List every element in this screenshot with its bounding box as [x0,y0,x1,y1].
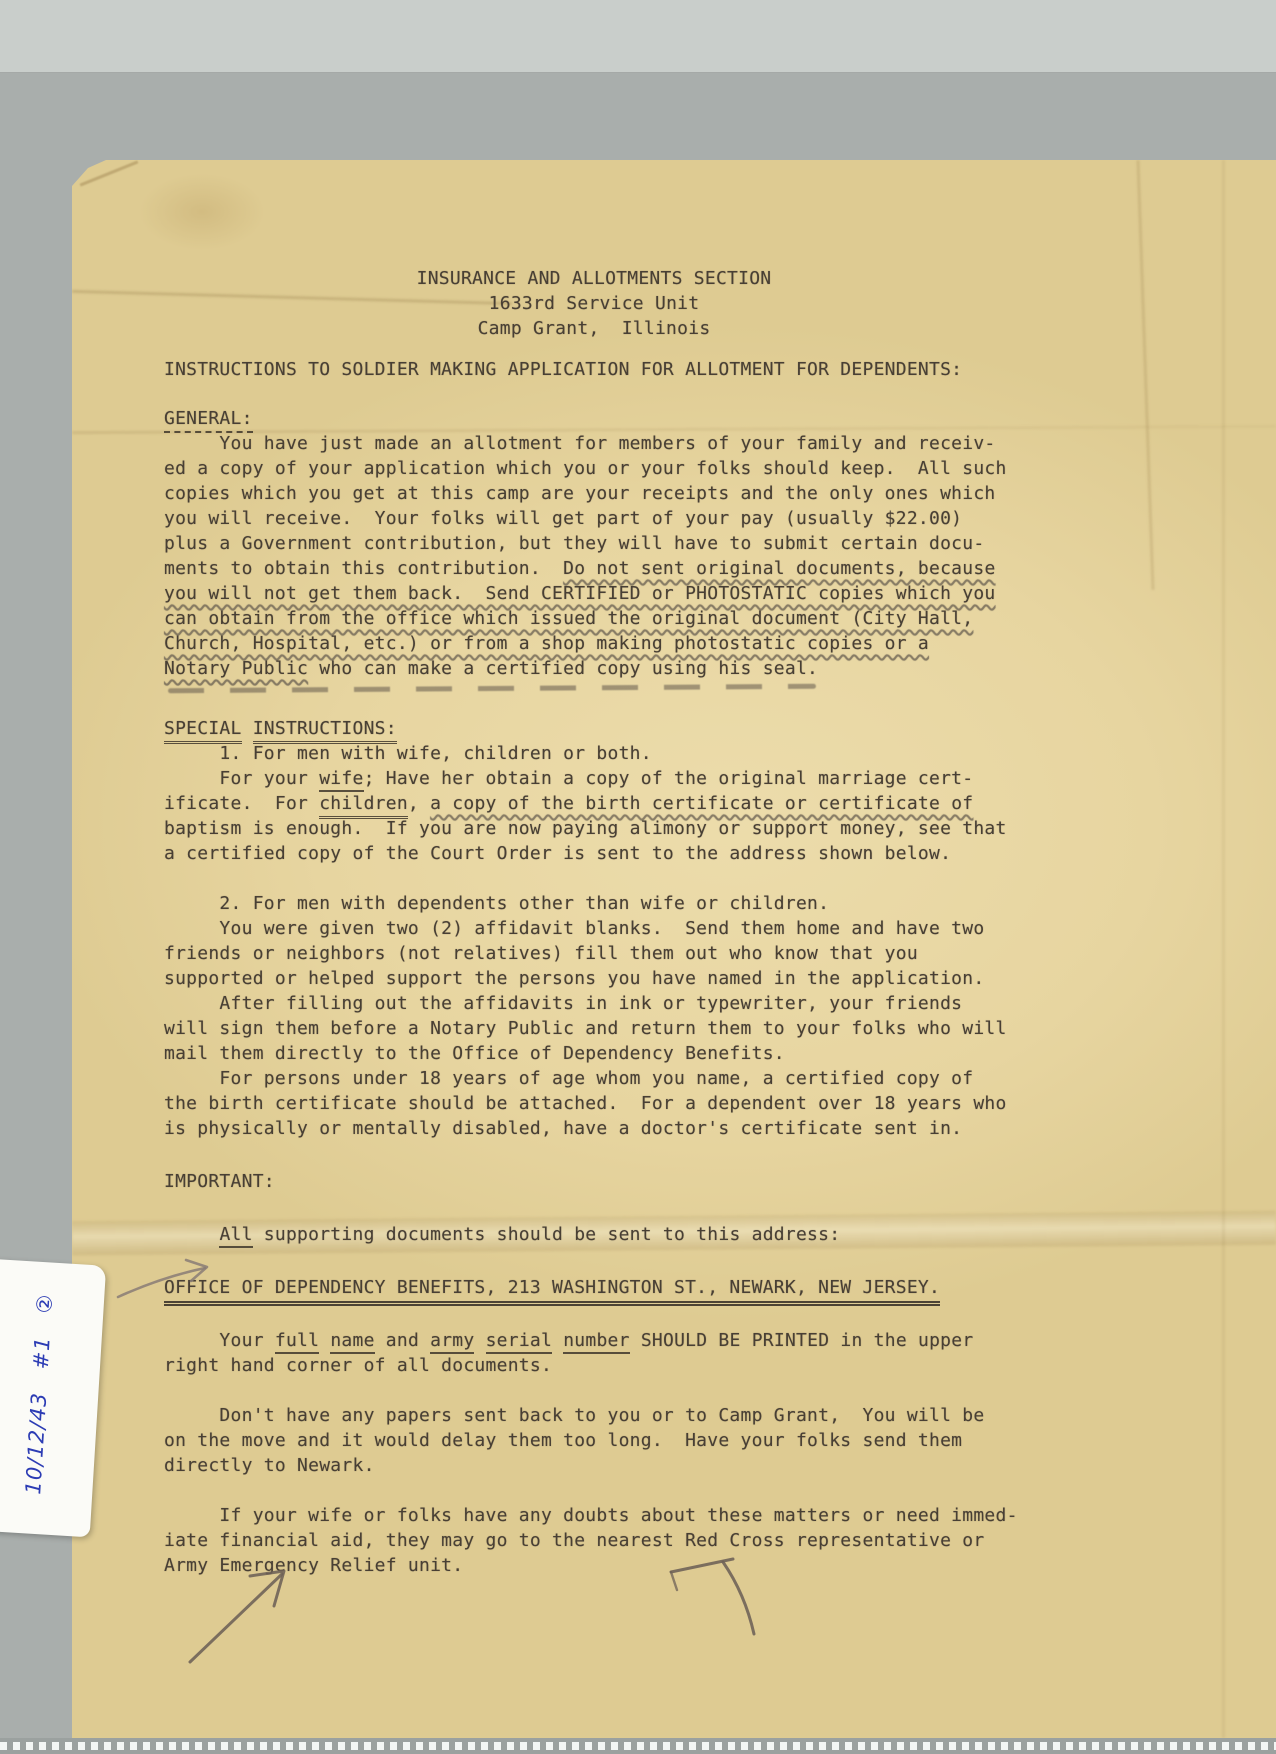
typed-text: ments to obtain this contribution. [164,558,563,579]
typed-underlined-text: serial [486,1330,553,1354]
document-line: GENERAL: [164,406,1024,431]
pencil-arrow-bottom-right [657,1552,772,1642]
document-line: For your wife; Have her obtain a copy of… [164,766,1024,791]
typed-text: iate financial aid, they may go to the n… [164,1530,984,1551]
document-line: Camp Grant, Illinois [164,316,1024,341]
typed-text: IMPORTANT: [164,1171,275,1192]
document-line: ments to obtain this contribution. Do no… [164,556,1024,581]
document-lines: INSURANCE AND ALLOTMENTS SECTION1633rd S… [72,160,1276,1578]
typed-text: on the move and it would delay them too … [164,1430,962,1451]
document-line: For persons under 18 years of age whom y… [164,1066,1024,1091]
document-line: a certified copy of the Court Order is s… [164,841,1024,866]
document-line: 1. For men with wife, children or both. [164,741,1024,766]
typed-text: For persons under 18 years of age whom y… [164,1068,973,1089]
typed-text: SHOULD BE PRINTED in the upper [630,1330,974,1351]
binding-holes-strip [0,1738,1276,1754]
typed-text: a certified copy of the Court Order is s… [164,843,951,864]
document-line: supported or helped support the persons … [164,966,1024,991]
typed-text: 1633rd Service Unit [489,293,700,314]
typed-text: is physically or mentally disabled, have… [164,1118,962,1139]
document-line: the birth certificate should be attached… [164,1091,1024,1116]
document-line: ificate. For children, a copy of the bir… [164,791,1024,816]
typed-text: right hand corner of all documents. [164,1355,552,1376]
pencil-underlined-text: can obtain from the office which issued … [164,608,973,629]
typed-text: Don't have any papers sent back to you o… [164,1405,984,1426]
typed-text: plus a Government contribution, but they… [164,533,984,554]
typed-text: copies which you get at this camp are yo… [164,483,996,504]
handwritten-label: 10/12/43 #1 ② [0,1259,106,1538]
typed-text: You have just made an allotment for memb… [164,433,996,454]
typed-text: baptism is enough. If you are now paying… [164,818,1007,839]
document-line: Notary Public who can make a certified c… [164,656,1024,681]
document-line: you will not get them back. Send CERTIFI… [164,581,1024,606]
document-line: You were given two (2) affidavit blanks.… [164,916,1024,941]
typed-text: mail them directly to the Office of Depe… [164,1043,785,1064]
document-line: 2. For men with dependents other than wi… [164,891,1024,916]
typed-underlined-text: name [330,1330,374,1354]
typed-text [552,1330,563,1351]
typed-text: 1. For men with wife, children or both. [164,743,652,764]
handwritten-note: 10/12/43 #1 ② [20,1269,59,1520]
pencil-underlined-text: Do not sent original documents, because [563,558,995,579]
document-line: you will receive. Your folks will get pa… [164,506,1024,531]
pencil-arrow-address [112,1256,224,1304]
typed-text [474,1330,485,1351]
document-line: SPECIAL INSTRUCTIONS: [164,716,1024,741]
document-line: iate financial aid, they may go to the n… [164,1528,1024,1553]
typed-text: ed a copy of your application which you … [164,458,1007,479]
document-line: baptism is enough. If you are now paying… [164,816,1024,841]
pencil-underlined-text: Church, Hospital, etc.) or from a shop m… [164,633,929,654]
typed-text: ificate. For [164,793,319,814]
document-line: You have just made an allotment for memb… [164,431,1024,456]
document-line: If your wife or folks have any doubts ab… [164,1503,1024,1528]
typed-text: For your [164,768,319,789]
typed-text [319,1330,330,1351]
typed-text: and [375,1330,430,1351]
typed-text: supporting documents should be sent to t… [253,1224,841,1245]
document-line: mail them directly to the Office of Depe… [164,1041,1024,1066]
typed-text: , [408,793,430,814]
typed-text [242,718,253,739]
typed-text: will sign them before a Notary Public an… [164,1018,1007,1039]
document-line: on the move and it would delay them too … [164,1428,1024,1453]
document-line: is physically or mentally disabled, have… [164,1116,1024,1141]
typed-text: INSURANCE AND ALLOTMENTS SECTION [417,268,772,289]
typed-underlined-text: wife [319,768,363,792]
typed-text: 2. For men with dependents other than wi… [164,893,829,914]
document-line: Church, Hospital, etc.) or from a shop m… [164,631,1024,656]
paper-sheet: INSURANCE AND ALLOTMENTS SECTION1633rd S… [72,160,1276,1738]
pencil-arrow-bottom-left [182,1558,307,1668]
document-line: Don't have any papers sent back to you o… [164,1403,1024,1428]
document-line: INSURANCE AND ALLOTMENTS SECTION [164,266,1024,291]
typed-text: who can make a certified copy using his … [308,658,818,679]
scanned-document-page: { "scan": { "background_color": "#a9aeac… [0,0,1276,1754]
typed-underlined-text: army [430,1330,474,1354]
typed-text: ; Have her obtain a copy of the original… [364,768,974,789]
document-line: IMPORTANT: [164,1169,1024,1194]
typed-text: you will receive. Your folks will get pa… [164,508,962,529]
document-line: will sign them before a Notary Public an… [164,1016,1024,1041]
typed-text: Camp Grant, Illinois [478,318,711,339]
pencil-underlined-text: you will not get them back. Send CERTIFI… [164,583,996,604]
scanner-top-strip [0,0,1276,73]
typed-text: supported or helped support the persons … [164,968,984,989]
typed-text: If your wife or folks have any doubts ab… [164,1505,1018,1526]
typed-text: the birth certificate should be attached… [164,1093,1007,1114]
document-line: After filling out the affidavits in ink … [164,991,1024,1016]
document-line: can obtain from the office which issued … [164,606,1024,631]
document-line: ed a copy of your application which you … [164,456,1024,481]
typed-text: You were given two (2) affidavit blanks.… [164,918,984,939]
typed-underlined-text: number [563,1330,630,1354]
document-line: 1633rd Service Unit [164,291,1024,316]
document-line: right hand corner of all documents. [164,1353,1024,1378]
pencil-underlined-text: a copy of the birth certificate or certi… [430,793,973,814]
document-line: OFFICE OF DEPENDENCY BENEFITS, 213 WASHI… [164,1275,1024,1300]
document-line: directly to Newark. [164,1453,1024,1478]
typed-text: directly to Newark. [164,1455,375,1476]
document-line: INSTRUCTIONS TO SOLDIER MAKING APPLICATI… [164,357,1024,382]
typed-underlined-text: All [219,1224,252,1248]
document-line: plus a Government contribution, but they… [164,531,1024,556]
document-line: copies which you get at this camp are yo… [164,481,1024,506]
typed-text: friends or neighbors (not relatives) fil… [164,943,918,964]
pencil-dash-row [164,681,1024,706]
pencil-underlined-text: Notary Public [164,658,308,679]
typed-text: Your [164,1330,275,1351]
typed-underlined-text: GENERAL: [164,408,253,433]
typed-underlined-text: full [275,1330,319,1354]
typed-text: INSTRUCTIONS TO SOLDIER MAKING APPLICATI… [164,359,962,380]
document-line: All supporting documents should be sent … [164,1222,1024,1247]
typed-text [164,1224,219,1245]
document-line: friends or neighbors (not relatives) fil… [164,941,1024,966]
typed-text: After filling out the affidavits in ink … [164,993,962,1014]
document-line: Your full name and army serial number SH… [164,1328,1024,1353]
typed-underlined-text: OFFICE OF DEPENDENCY BENEFITS, 213 WASHI… [164,1277,940,1306]
